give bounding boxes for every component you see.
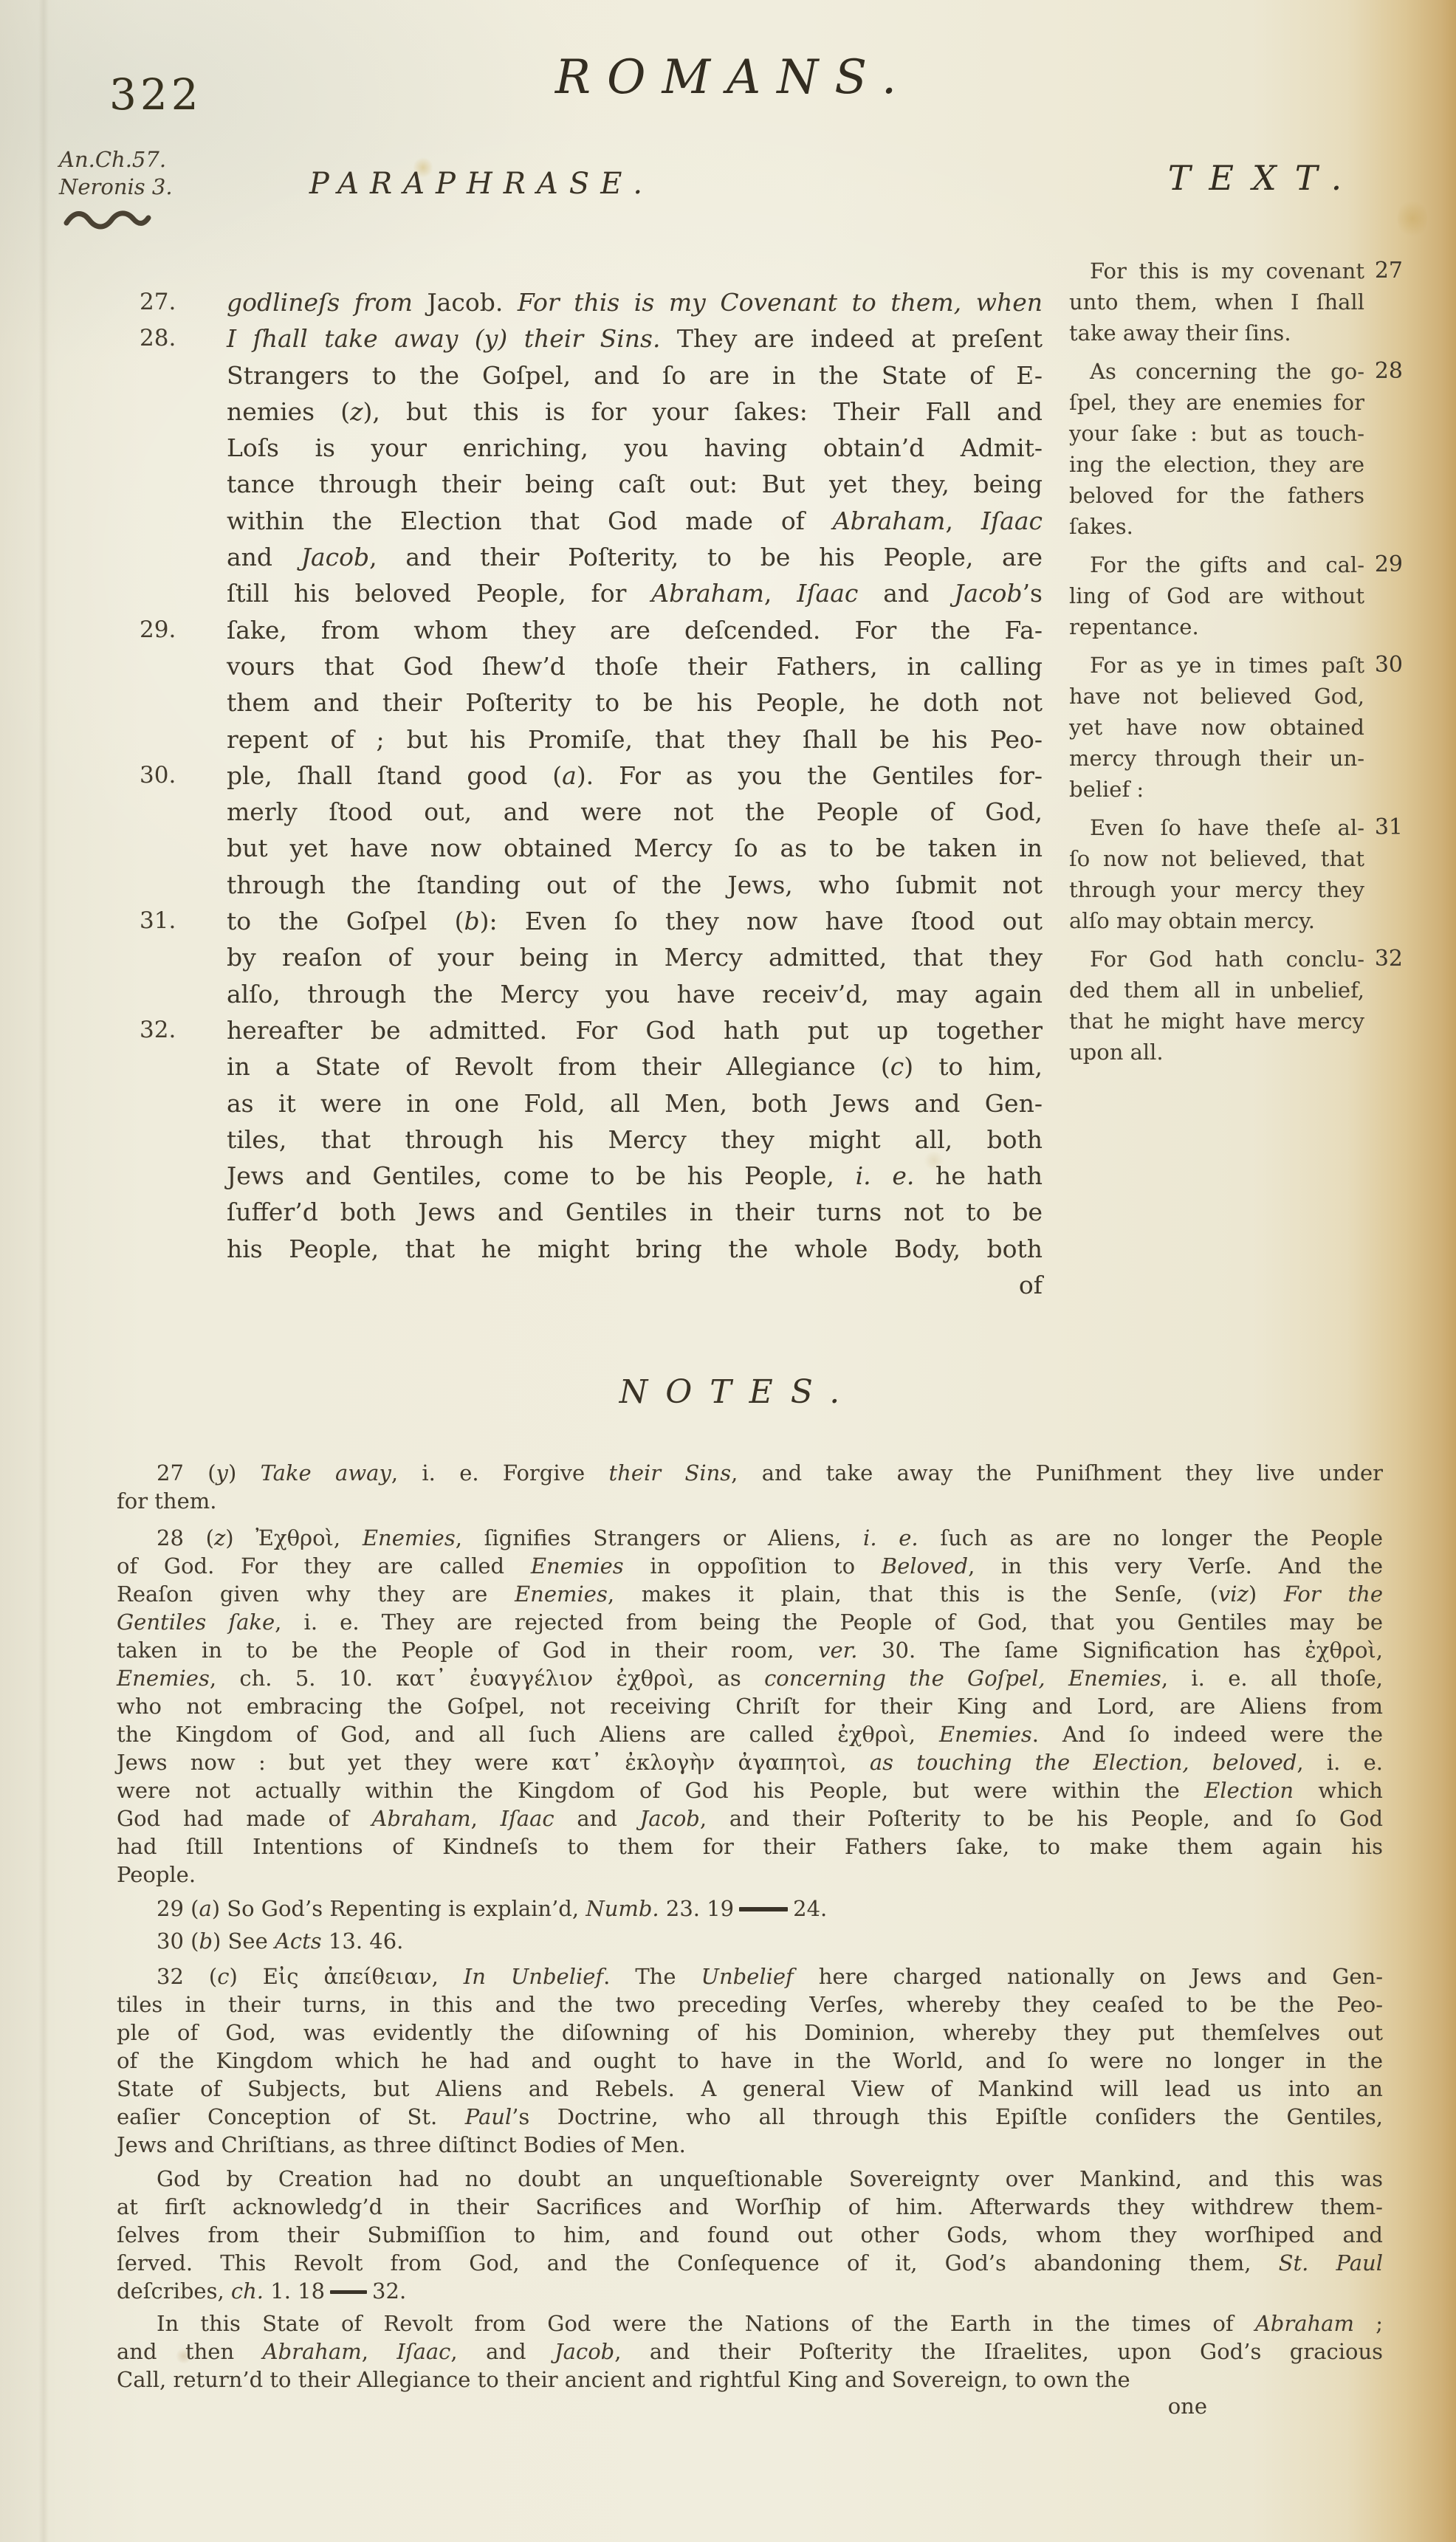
paraphrase-column: godlineſs from Jacob. For this is my Cov…: [227, 284, 1043, 1267]
text-line: For as ye in times paſt30: [1069, 650, 1364, 681]
paraphrase-verse-number: 27.: [140, 284, 187, 320]
notes-line: deſcribes, ch. 1. 1832.: [117, 2277, 1383, 2305]
text-line: mercy through their un-: [1069, 743, 1364, 774]
notes-line: ſerved. This Revolt from God, and the Co…: [117, 2249, 1383, 2277]
running-title: ROMANS.: [555, 50, 913, 105]
text-verse-number: 28: [1375, 356, 1403, 387]
notes-line: Reaſon given why they are Enemies, makes…: [117, 1580, 1383, 1608]
notes-line: at firſt acknowledg’d in their Sacrifice…: [117, 2193, 1383, 2221]
paraphrase-line: by reaſon of your being in Mercy admitte…: [227, 939, 1043, 975]
notes-line: 27 (y) Take away, i. e. Forgive their Si…: [117, 1459, 1383, 1487]
paraphrase-line: tance through their being caſt out: But …: [227, 466, 1043, 502]
paraphrase-line: and Jacob, and their Poſterity, to be hi…: [227, 539, 1043, 575]
text-line: ſpel, they are enemies for: [1069, 387, 1364, 418]
text-verse-number: 29: [1375, 549, 1403, 580]
text-line: repentance.: [1069, 611, 1364, 642]
paraphrase-line: I ſhall take away (y) their Sins. They a…: [227, 320, 1043, 357]
notes-line: the Kingdom of God, and all ſuch Aliens …: [117, 1720, 1383, 1748]
notes-line: who not embracing the Goſpel, not receiv…: [117, 1692, 1383, 1720]
notes-heading: NOTES.: [619, 1373, 858, 1411]
notes-line: People.: [117, 1861, 1383, 1889]
paraphrase-line: ſtill his beloved People, for Abraham, I…: [227, 575, 1043, 611]
margin-date-note: An.Ch.57. Neronis 3.: [59, 146, 173, 201]
notes-line: Call, return’d to their Allegiance to th…: [117, 2366, 1383, 2394]
paraphrase-line: ſuffer’d both Jews and Gentiles in their…: [227, 1194, 1043, 1230]
foxing-spot: [1398, 198, 1427, 239]
text-verse: For God hath conclu-32ded them all in un…: [1069, 944, 1364, 1068]
notes-line: 28 (z) Ἐχθροὶ, Enemies, ſignifies Strang…: [117, 1524, 1383, 1552]
page-number: 322: [109, 69, 202, 120]
text-verse-number: 31: [1375, 812, 1403, 843]
paraphrase-line: his People, that he might bring the whol…: [227, 1231, 1043, 1267]
paraphrase-line: as it were in one Fold, all Men, both Je…: [227, 1085, 1043, 1121]
text-line: beloved for the fathers: [1069, 480, 1364, 511]
notes-paragraph: 29 (a) So God’s Repenting is explain’d, …: [117, 1895, 1383, 1923]
notes-line: had ſtill Intentions of Kindneſs to them…: [117, 1832, 1383, 1861]
text-line: alſo may obtain mercy.: [1069, 905, 1364, 936]
text-line: take away their ſins.: [1069, 317, 1364, 348]
text-line: that he might have mercy: [1069, 1006, 1364, 1037]
paraphrase-line: hereafter be admitted. For God hath put …: [227, 1012, 1043, 1048]
text-line: belief :: [1069, 774, 1364, 805]
paraphrase-line: merly ſtood out, and were not the People…: [227, 794, 1043, 830]
text-verse: Even ſo have theſe al-31ſo now not belie…: [1069, 812, 1364, 936]
text-verse-number: 27: [1375, 255, 1403, 286]
text-line: ſo now not believed, that: [1069, 843, 1364, 874]
flourish-squiggle-icon: [62, 208, 152, 233]
text-line: ling of God are without: [1069, 580, 1364, 611]
notes-line: In this State of Revolt from God were th…: [117, 2309, 1383, 2337]
notes-paragraph: 28 (z) Ἐχθροὶ, Enemies, ſignifies Strang…: [117, 1524, 1383, 1889]
text-verse: For as ye in times paſt30have not believ…: [1069, 650, 1364, 805]
text-line: As concerning the go-28: [1069, 356, 1364, 387]
paraphrase-line: in a State of Revolt from their Allegian…: [227, 1048, 1043, 1085]
notes-line: 32 (c) Εἰς ἀπείθειαν, In Unbelief. The U…: [117, 1962, 1383, 1990]
notes-paragraph: God by Creation had no doubt an unqueſti…: [117, 2165, 1383, 2305]
notes-line: were not actually within the Kingdom of …: [117, 1776, 1383, 1804]
text-line: have not believed God,: [1069, 681, 1364, 712]
paraphrase-catchword: of: [227, 1267, 1045, 1303]
paraphrase-verse-number: 29.: [140, 612, 187, 648]
text-verse: As concerning the go-28ſpel, they are en…: [1069, 356, 1364, 542]
notes-line: ple of God, was evidently the diſowning …: [117, 2019, 1383, 2047]
margin-note-line2: Neronis 3.: [59, 174, 173, 201]
paraphrase-verse-number: 32.: [140, 1012, 187, 1048]
notes-line: tiles in their turns, in this and the tw…: [117, 1990, 1383, 2019]
notes-line: God by Creation had no doubt an unqueſti…: [117, 2165, 1383, 2193]
text-line: upon all.: [1069, 1037, 1364, 1068]
notes-line: and then Abraham, Iſaac, and Jacob, and …: [117, 2337, 1383, 2366]
paraphrase-line: them and their Poſterity to be his Peopl…: [227, 684, 1043, 721]
paraphrase-heading: PARAPHRASE.: [309, 167, 653, 201]
notes-line: ſelves from their Submiſſion to him, and…: [117, 2221, 1383, 2249]
notes-line: taken in to be the People of God in thei…: [117, 1636, 1383, 1664]
paraphrase-line: godlineſs from Jacob. For this is my Cov…: [227, 284, 1043, 320]
notes-section: 27 (y) Take away, i. e. Forgive their Si…: [117, 1459, 1383, 2394]
text-heading: TEXT.: [1168, 158, 1361, 198]
margin-note-line1: An.Ch.57.: [59, 146, 173, 174]
paraphrase-line: ſake, from whom they are deſcended. For …: [227, 612, 1043, 648]
text-verse: For this is my covenant27unto them, when…: [1069, 255, 1364, 348]
paraphrase-line: nemies (z), but this is for your ſakes: …: [227, 394, 1043, 430]
notes-line: Enemies, ch. 5. 10. κατ᾽ ἐυαγγέλιον ἐχθρ…: [117, 1664, 1383, 1692]
paraphrase-line: tiles, that through his Mercy they might…: [227, 1121, 1043, 1158]
notes-line: for them.: [117, 1487, 1383, 1515]
paraphrase-verse-number: 28.: [140, 320, 187, 357]
notes-paragraph: In this State of Revolt from God were th…: [117, 2309, 1383, 2394]
text-line: For the gifts and cal-29: [1069, 549, 1364, 580]
paraphrase-line: Jews and Gentiles, come to be his People…: [227, 1158, 1043, 1194]
text-column: For this is my covenant27unto them, when…: [1069, 255, 1364, 1075]
notes-line: 30 (b) See Acts 13. 46.: [117, 1927, 1383, 1955]
paraphrase-line: vours that God ſhew’d thoſe their Father…: [227, 648, 1043, 684]
paraphrase-line: to the Goſpel (b): Even ſo they now have…: [227, 903, 1043, 939]
text-verse-number: 30: [1375, 650, 1403, 681]
paraphrase-line: but yet have now obtained Mercy ſo as to…: [227, 830, 1043, 866]
text-line: your ſake : but as touch-: [1069, 418, 1364, 449]
notes-line: eaſier Conception of St. Paul’s Doctrine…: [117, 2103, 1383, 2131]
paraphrase-verse-number: 31.: [140, 903, 187, 939]
notes-line: State of Subjects, but Aliens and Rebels…: [117, 2075, 1383, 2103]
notes-line: of God. For they are called Enemies in o…: [117, 1552, 1383, 1580]
text-line: through your mercy they: [1069, 874, 1364, 905]
text-line: ſakes.: [1069, 511, 1364, 542]
text-line: unto them, when I ſhall: [1069, 286, 1364, 317]
paraphrase-line: Strangers to the Goſpel, and ſo are in t…: [227, 357, 1043, 394]
paraphrase-line: ple, ſhall ſtand good (a). For as you th…: [227, 758, 1043, 794]
paraphrase-line: alſo, through the Mercy you have receiv’…: [227, 976, 1043, 1012]
notes-line: Jews now : but yet they were κατ᾽ ἐκλογὴ…: [117, 1748, 1383, 1776]
paraphrase-line: through the ſtanding out of the Jews, wh…: [227, 867, 1043, 903]
paraphrase-line: repent of ; but his Promiſe, that they ſ…: [227, 721, 1043, 758]
text-line: yet have now obtained: [1069, 712, 1364, 743]
text-line: Even ſo have theſe al-31: [1069, 812, 1364, 843]
text-verse-number: 32: [1375, 944, 1403, 975]
text-line: For God hath conclu-32: [1069, 944, 1364, 975]
notes-line: Gentiles ſake, i. e. They are rejected f…: [117, 1608, 1383, 1636]
notes-line: 29 (a) So God’s Repenting is explain’d, …: [117, 1895, 1383, 1923]
notes-paragraph: 30 (b) See Acts 13. 46.: [117, 1927, 1383, 1955]
book-page: 322 ROMANS. An.Ch.57. Neronis 3. PARAPHR…: [0, 0, 1456, 2542]
notes-line: Jews and Chriſtians, as three diſtinct B…: [117, 2131, 1383, 2159]
paraphrase-verse-number: 30.: [140, 758, 187, 794]
paraphrase-line: within the Election that God made of Abr…: [227, 503, 1043, 539]
notes-line: God had made of Abraham, Iſaac and Jacob…: [117, 1804, 1383, 1832]
notes-paragraph: 27 (y) Take away, i. e. Forgive their Si…: [117, 1459, 1383, 1515]
notes-catchword: one: [117, 2392, 1383, 2420]
text-verse: For the gifts and cal-29ling of God are …: [1069, 549, 1364, 642]
text-line: For this is my covenant27: [1069, 255, 1364, 286]
text-line: ded them all in unbelief,: [1069, 975, 1364, 1006]
text-line: ing the election, they are: [1069, 449, 1364, 480]
notes-paragraph: 32 (c) Εἰς ἀπείθειαν, In Unbelief. The U…: [117, 1962, 1383, 2159]
paraphrase-line: Loſs is your enriching, you having obtai…: [227, 430, 1043, 466]
notes-line: of the Kingdom which he had and ought to…: [117, 2047, 1383, 2075]
